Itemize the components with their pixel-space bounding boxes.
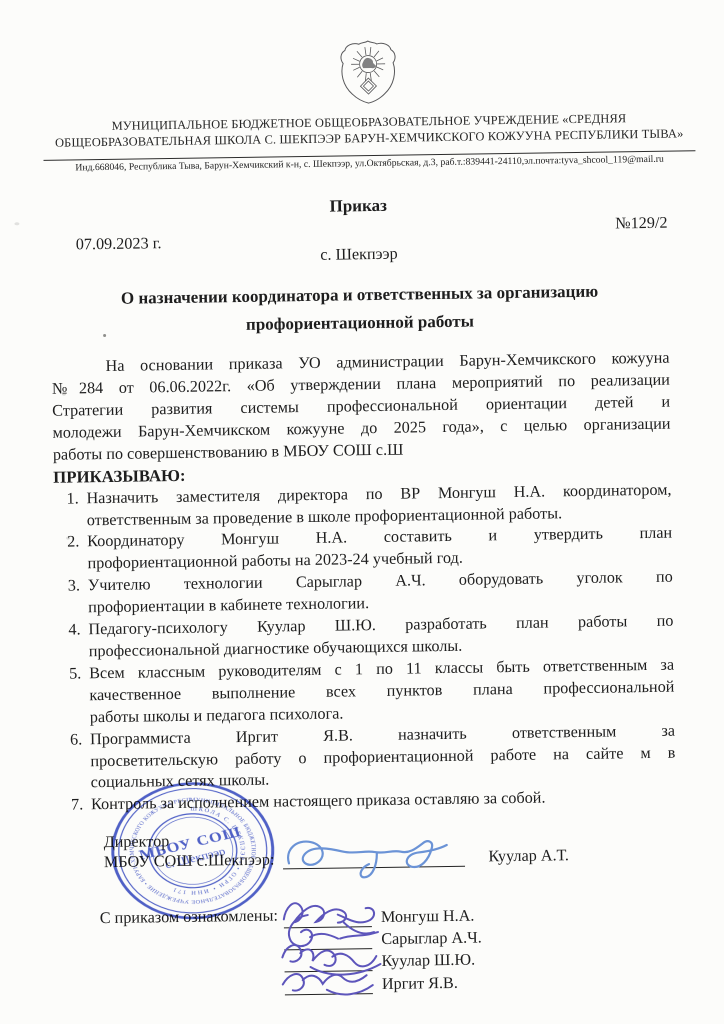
preamble: На основании приказа УО администрации Ба…	[51, 348, 671, 467]
scan-speck	[14, 222, 19, 225]
order-item-number: 6.	[70, 729, 82, 751]
coat-of-arms-emblem	[338, 40, 399, 105]
acknowledgment-label: С приказом ознакомлены:	[100, 906, 279, 998]
director-label-line-2: МБОУ СОШ с.Шекпээр:	[104, 850, 275, 873]
director-signature	[280, 819, 481, 882]
order-list: 1.Назначить заместителя директора по ВР …	[53, 479, 676, 817]
acknowledgment-block: С приказом ознакомлены: Монгуш Н.А. Сары…	[60, 900, 679, 999]
order-number: №129/2	[615, 214, 668, 234]
scanned-page: МУНИЦИПАЛЬНОЕ БЮДЖЕТНОЕ ОБЩЕОБРАЗОВАТЕЛЬ…	[0, 0, 724, 1024]
order-item-number: 2.	[67, 532, 79, 554]
director-signature-block: МУНИЦИПАЛЬНОЕ БЮДЖЕТНОЕ ОБЩЕОБРАЗОВАТЕЛЬ…	[58, 824, 677, 873]
order-subject-title: О назначении координатора и ответственны…	[89, 277, 630, 341]
order-item-number: 1.	[66, 488, 78, 510]
order-item-number: 4.	[68, 619, 80, 641]
ack-name-2: Сарыглар А.Ч.	[381, 928, 482, 948]
ack-name-4: Иргит Я.В.	[382, 974, 458, 994]
ack-name-3: Куулар Ш.Ю.	[381, 951, 475, 971]
order-item-number: 3.	[68, 576, 80, 598]
director-name: Куулар А.Т.	[488, 845, 569, 866]
org-contact-line: Инд.668046, Республика Тыва, Барун-Хемчи…	[44, 150, 696, 174]
ack-name-1: Монгуш Н.А.	[381, 906, 475, 926]
acknowledgment-rows: Монгуш Н.А. Сарыглар А.Ч. Куулар Ш.Ю.	[284, 903, 483, 995]
acknowledgment-row: Иргит Я.В.	[285, 970, 483, 995]
order-meta: №129/2 07.09.2023 г. с. Шекпээр	[49, 214, 668, 273]
letterhead-text: МУНИЦИПАЛЬНОЕ БЮДЖЕТНОЕ ОБЩЕОБРАЗОВАТЕЛЬ…	[27, 110, 712, 174]
order-item-number: 5.	[69, 663, 81, 685]
letterhead	[5, 0, 724, 114]
ack-signature-4	[274, 951, 385, 1003]
director-signature-line	[282, 848, 464, 870]
ack-signature-line-4	[285, 975, 373, 995]
order-item-number: 7.	[71, 795, 83, 817]
order-body: На основании приказа УО администрации Ба…	[51, 348, 676, 817]
